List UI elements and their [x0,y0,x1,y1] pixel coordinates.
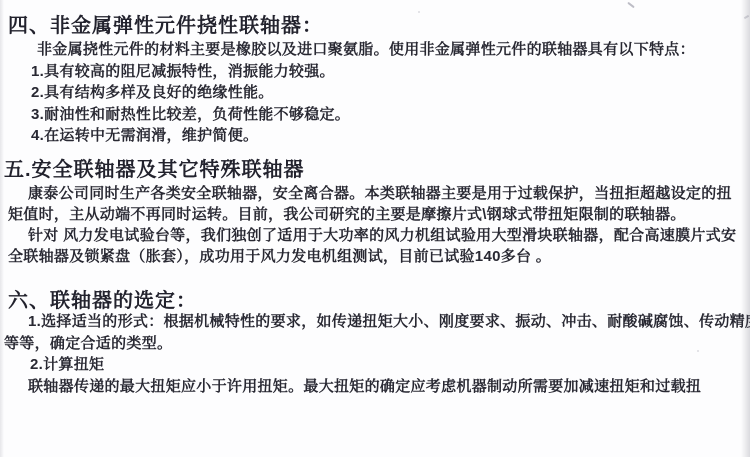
section-5-heading: 五.安全联轴器及其它特殊联轴器 [4,153,305,182]
scan-speck [744,15,749,19]
section-5-paragraph-line: 康泰公司同时生产各类安全联轴器，安全离合器。本类联轴器主要是用于过载保护，当扭拒… [28,182,732,203]
scan-edge-shadow-left [0,0,4,457]
scan-edge-shadow-right [741,0,750,457]
scanned-document-page: 四、非金属弹性元件挠性联轴器： 非金属挠性元件的材料主要是橡胶以及进口聚氨脂。使… [0,0,750,457]
section-6-heading: 六、联轴器的选定： [8,284,197,313]
section-4-item-2: 2.具有结构多样及良好的绝缘性能。 [31,81,274,102]
section-6-item-1-line: 1.选择适当的形式：根据机械特性的要求，如传递扭矩大小、刚度要求、振动、冲击、耐… [28,310,750,331]
section-5-paragraph-line: 全联轴器及锁紧盘（胀套），成功用于风力发电机组测试，目前已试验140多台 。 [8,245,551,266]
section-6-item-2: 2.计算扭矩 [30,353,104,374]
section-5-paragraph-line: 针对 风力发电试验台等，我们独创了适用于大功率的风力机组试验用大型滑块联轴器，配… [28,224,736,245]
section-4-intro: 非金属挠性元件的材料主要是橡胶以及进口聚氨脂。使用非金属弹性元件的联轴器具有以下… [37,38,695,59]
scan-speck [627,2,635,9]
section-6-item-1-line: 等等，确定合适的类型。 [4,332,172,353]
section-4-item-1: 1.具有较高的阻尼减振特性，消振能力较强。 [31,60,335,81]
section-5-paragraph-line: 矩值时，主从动端不再同时运转。目前，我公司研究的主要是摩擦片式\钢球式带扭矩限制… [8,203,686,224]
scan-speck [418,11,420,13]
section-4-heading: 四、非金属弹性元件挠性联轴器： [8,9,323,38]
section-4-item-4: 4.在运转中无需润滑，维护简便。 [31,124,258,145]
section-4-item-3: 3.耐油性和耐热性比较差，负荷性能不够稳定。 [31,103,350,124]
section-6-paragraph-line: 联轴器传递的最大扭矩应小于许用扭矩。最大扭矩的确定应考虑机器制动所需要加减速扭矩… [28,375,701,396]
scan-speck [697,350,699,352]
